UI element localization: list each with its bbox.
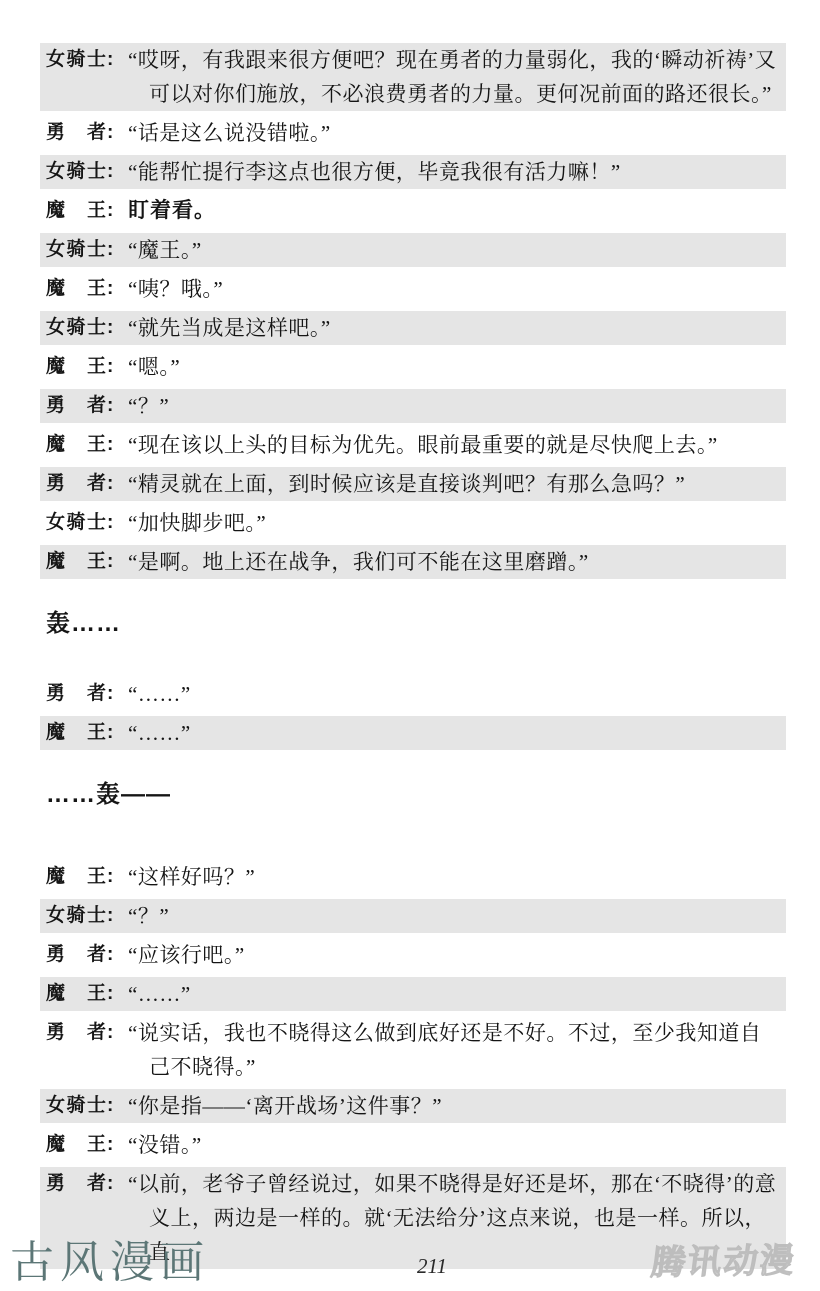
dialogue-text: “魔王。” <box>128 233 778 267</box>
speaker-name: 魔王 <box>46 428 106 462</box>
dialogue-text: “你是指——‘离开战场’这件事？” <box>128 1089 778 1123</box>
speaker-label: 勇者: <box>46 467 128 501</box>
speaker-label: 魔王: <box>46 272 128 306</box>
speaker-name: 魔王 <box>46 272 106 306</box>
speaker-colon: : <box>107 350 113 384</box>
speaker-name: 女骑士 <box>46 155 106 189</box>
speaker-name: 魔王 <box>46 716 106 750</box>
speaker-label: 女骑士: <box>46 311 128 345</box>
dialogue-text: “说实话，我也不晓得这么做到底好还是不好。不过，至少我知道自己不晓得。” <box>128 1016 778 1084</box>
speaker-label: 女骑士: <box>46 899 128 933</box>
dialogue-row: 勇者:“应该行吧。” <box>40 938 786 972</box>
dialogue-text: “加快脚步吧。” <box>128 506 778 540</box>
speaker-name: 魔王 <box>46 1128 106 1162</box>
speaker-label: 魔王: <box>46 194 128 228</box>
dialogue-text: “……” <box>128 716 778 750</box>
speaker-colon: : <box>107 1128 113 1162</box>
dialogue-text: “哎呀，有我跟来很方便吧？现在勇者的力量弱化，我的‘瞬动祈祷’又可以对你们施放，… <box>128 43 778 111</box>
sound-effect-text: ……轰—— <box>46 778 786 812</box>
speaker-colon: : <box>107 677 113 711</box>
dialogue-row: 勇者:“话是这么说没错啦。” <box>40 116 786 150</box>
speaker-colon: : <box>107 1167 113 1201</box>
speaker-name: 女骑士 <box>46 233 106 267</box>
speaker-name: 勇者 <box>46 938 106 972</box>
speaker-label: 魔王: <box>46 977 128 1011</box>
dialogue-text: “话是这么说没错啦。” <box>128 116 778 150</box>
dialogue-row: 女骑士:“能帮忙提行李这点也很方便，毕竟我很有活力嘛！” <box>40 155 786 189</box>
speaker-name: 魔王 <box>46 545 106 579</box>
speaker-name: 勇者 <box>46 116 106 150</box>
dialogue-row: 魔王:“咦？哦。” <box>40 272 786 306</box>
speaker-colon: : <box>107 899 113 933</box>
speaker-label: 魔王: <box>46 1128 128 1162</box>
speaker-name: 女骑士 <box>46 311 106 345</box>
speaker-colon: : <box>107 428 113 462</box>
dialogue-row: 女骑士:“就先当成是这样吧。” <box>40 311 786 345</box>
dialogue-text: “现在该以上头的目标为优先。眼前最重要的就是尽快爬上去。” <box>128 428 778 462</box>
speaker-label: 女骑士: <box>46 155 128 189</box>
dialogue-text: “精灵就在上面，到时候应该是直接谈判吧？有那么急吗？” <box>128 467 778 501</box>
speaker-name: 女骑士 <box>46 43 106 77</box>
dialogue-row: 勇者:“？” <box>40 389 786 423</box>
dialogue-row: 魔王:“……” <box>40 716 786 750</box>
speaker-colon: : <box>107 938 113 972</box>
speaker-colon: : <box>107 977 113 1011</box>
dialogue-text: “？” <box>128 899 778 933</box>
speaker-label: 勇者: <box>46 389 128 423</box>
dialogue-row: 女骑士:“魔王。” <box>40 233 786 267</box>
page-number: 211 <box>417 1254 447 1279</box>
speaker-colon: : <box>107 716 113 750</box>
dialogue-row: 魔王:“没错。” <box>40 1128 786 1162</box>
tencent-comics-watermark: 腾讯动漫 <box>649 1233 799 1285</box>
dialogue-row: 魔王:“是啊。地上还在战争，我们可不能在这里磨蹭。” <box>40 545 786 579</box>
speaker-label: 魔王: <box>46 545 128 579</box>
dialogue-row: 魔王:“现在该以上头的目标为优先。眼前最重要的就是尽快爬上去。” <box>40 428 786 462</box>
speaker-label: 勇者: <box>46 677 128 711</box>
speaker-colon: : <box>107 1089 113 1123</box>
speaker-name: 魔王 <box>46 977 106 1011</box>
speaker-name: 魔王 <box>46 194 106 228</box>
dialogue-row: 魔王:“嗯。” <box>40 350 786 384</box>
speaker-label: 勇者: <box>46 938 128 972</box>
speaker-colon: : <box>107 233 113 267</box>
speaker-label: 女骑士: <box>46 43 128 77</box>
speaker-name: 魔王 <box>46 350 106 384</box>
speaker-label: 女骑士: <box>46 506 128 540</box>
speaker-name: 勇者 <box>46 1167 106 1201</box>
speaker-colon: : <box>107 43 113 77</box>
dialogue-row: 女骑士:“？” <box>40 899 786 933</box>
speaker-colon: : <box>107 194 113 228</box>
speaker-colon: : <box>107 467 113 501</box>
speaker-colon: : <box>107 1016 113 1050</box>
speaker-name: 勇者 <box>46 467 106 501</box>
dialogue-row: 女骑士:“你是指——‘离开战场’这件事？” <box>40 1089 786 1123</box>
speaker-name: 魔王 <box>46 860 106 894</box>
dialogue-text: “没错。” <box>128 1128 778 1162</box>
speaker-label: 女骑士: <box>46 1089 128 1123</box>
dialogue-row: 魔王:“……” <box>40 977 786 1011</box>
speaker-name: 女骑士 <box>46 899 106 933</box>
speaker-label: 女骑士: <box>46 233 128 267</box>
speaker-colon: : <box>107 272 113 306</box>
speaker-colon: : <box>107 389 113 423</box>
speaker-colon: : <box>107 155 113 189</box>
speaker-name: 勇者 <box>46 1016 106 1050</box>
dialogue-text: “咦？哦。” <box>128 272 778 306</box>
dialogue-text: “……” <box>128 977 778 1011</box>
narration-text: 盯着看。 <box>128 194 778 228</box>
dialogue-text: “嗯。” <box>128 350 778 384</box>
dialogue-text: “就先当成是这样吧。” <box>128 311 778 345</box>
dialogue-row: 魔王:盯着看。 <box>40 194 786 228</box>
speaker-colon: : <box>107 545 113 579</box>
speaker-name: 勇者 <box>46 677 106 711</box>
dialogue-text: “？” <box>128 389 778 423</box>
dialogue-text: “这样好吗？” <box>128 860 778 894</box>
speaker-colon: : <box>107 506 113 540</box>
novel-reader-page: 女骑士:“哎呀，有我跟来很方便吧？现在勇者的力量弱化，我的‘瞬动祈祷’又可以对你… <box>0 0 820 1291</box>
speaker-colon: : <box>107 860 113 894</box>
dialogue-row: 魔王:“这样好吗？” <box>40 860 786 894</box>
speaker-name: 女骑士 <box>46 1089 106 1123</box>
speaker-label: 勇者: <box>46 1016 128 1050</box>
dialogue-text: “应该行吧。” <box>128 938 778 972</box>
dialogue-row: 勇者:“……” <box>40 677 786 711</box>
dialogue-list: 女骑士:“哎呀，有我跟来很方便吧？现在勇者的力量弱化，我的‘瞬动祈祷’又可以对你… <box>40 43 786 1274</box>
dialogue-row: 勇者:“说实话，我也不晓得这么做到底好还是不好。不过，至少我知道自己不晓得。” <box>40 1016 786 1084</box>
speaker-colon: : <box>107 311 113 345</box>
speaker-name: 勇者 <box>46 389 106 423</box>
speaker-colon: : <box>107 116 113 150</box>
sound-effect-text: 轰…… <box>46 607 786 641</box>
dialogue-row: 勇者:“精灵就在上面，到时候应该是直接谈判吧？有那么急吗？” <box>40 467 786 501</box>
publisher-logo: 古风漫画 <box>10 1239 210 1287</box>
dialogue-text: “能帮忙提行李这点也很方便，毕竟我很有活力嘛！” <box>128 155 778 189</box>
speaker-label: 勇者: <box>46 116 128 150</box>
dialogue-text: “是啊。地上还在战争，我们可不能在这里磨蹭。” <box>128 545 778 579</box>
speaker-label: 魔王: <box>46 860 128 894</box>
dialogue-text: “……” <box>128 677 778 711</box>
speaker-label: 魔王: <box>46 716 128 750</box>
dialogue-row: 女骑士:“加快脚步吧。” <box>40 506 786 540</box>
speaker-name: 女骑士 <box>46 506 106 540</box>
speaker-label: 勇者: <box>46 1167 128 1201</box>
speaker-label: 魔王: <box>46 428 128 462</box>
dialogue-row: 女骑士:“哎呀，有我跟来很方便吧？现在勇者的力量弱化，我的‘瞬动祈祷’又可以对你… <box>40 43 786 111</box>
speaker-label: 魔王: <box>46 350 128 384</box>
